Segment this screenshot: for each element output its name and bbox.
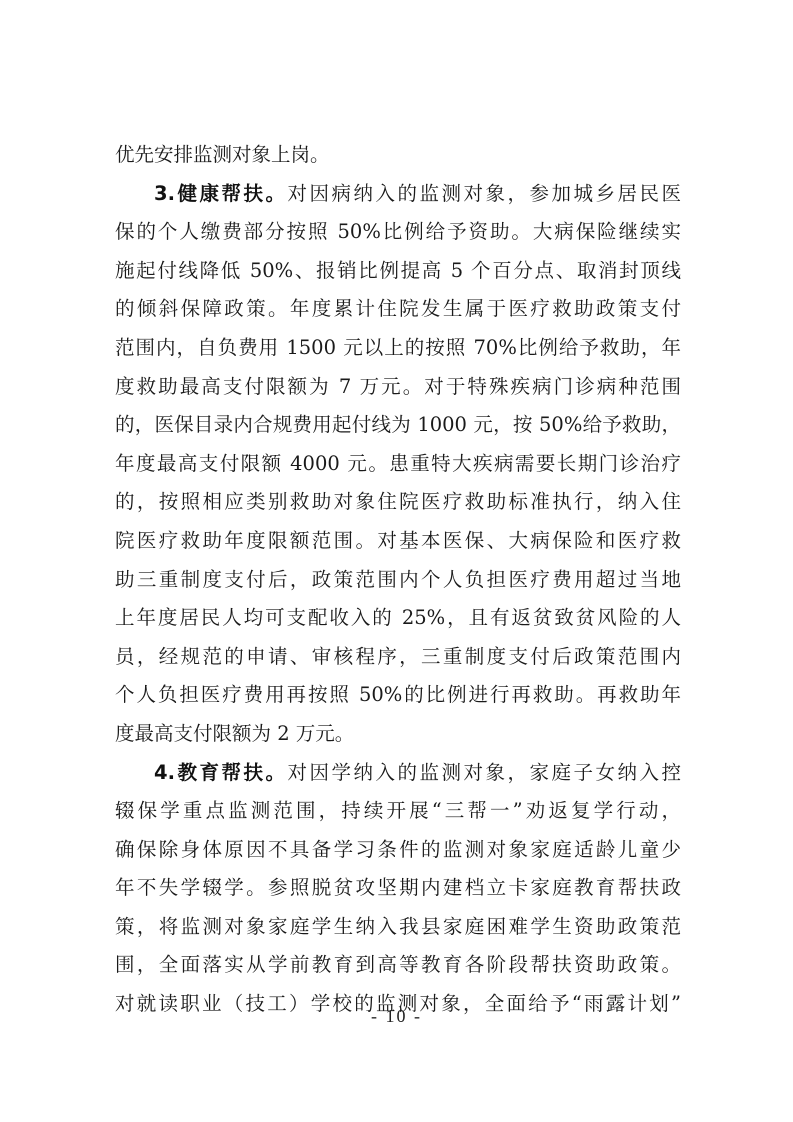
text-line: 上年度居民人均可支配收入的 25%，且有返贫致贫风险的人 <box>115 599 681 638</box>
text-line: 的，按照相应类别救助对象住院医疗救助标准执行，纳入住 <box>115 483 681 522</box>
text-line: 年度最高支付限额 4000 元。患重特大疾病需要长期门诊治疗 <box>115 445 681 484</box>
text-line: 的，医保目录内合规费用起付线为 1000 元，按 50%给予救助， <box>115 406 681 445</box>
text-line-fragment: 对因病纳入的监测对象，参加城乡居民医 <box>287 182 681 205</box>
text-line: 院医疗救助年度限额范围。对基本医保、大病保险和医疗救 <box>115 522 681 561</box>
text-line: 个人负担医疗费用再按照 50%的比例进行再救助。再救助年 <box>115 676 681 715</box>
text-line: 员，经规范的申请、审核程序，三重制度支付后政策范围内 <box>115 638 681 677</box>
text-line: 年不失学辍学。参照脱贫攻坚期内建档立卡家庭教育帮扶政 <box>115 869 681 908</box>
text-line: 度最高支付限额为 2 万元。 <box>115 715 681 754</box>
section-heading-health: 3.健康帮扶。 <box>154 182 287 205</box>
text-line: 度救助最高支付限额为 7 万元。对于特殊疾病门诊病种范围 <box>115 368 681 407</box>
text-line: 策，将监测对象家庭学生纳入我县家庭困难学生资助政策范 <box>115 908 681 947</box>
page-number: - 10 - <box>0 1006 793 1027</box>
text-line: 施起付线降低 50%、报销比例提高 5 个百分点、取消封顶线 <box>115 252 681 291</box>
text-line: 的倾斜保障政策。年度累计住院发生属于医疗救助政策支付 <box>115 290 681 329</box>
section-heading-education: 4.教育帮扶。 <box>154 761 287 784</box>
text-line: 范围内，自负费用 1500 元以上的按照 70%比例给予救助，年 <box>115 329 681 368</box>
text-line-fragment: 对因学纳入的监测对象，家庭子女纳入控 <box>287 761 681 784</box>
document-body: 优先安排监测对象上岗。 3.健康帮扶。对因病纳入的监测对象，参加城乡居民医 保的… <box>115 136 681 1024</box>
text-line: 优先安排监测对象上岗。 <box>115 136 681 175</box>
text-line: 围，全面落实从学前教育到高等教育各阶段帮扶资助政策。 <box>115 946 681 985</box>
section-health-first-line: 3.健康帮扶。对因病纳入的监测对象，参加城乡居民医 <box>115 175 681 214</box>
text-line: 确保除身体原因不具备学习条件的监测对象家庭适龄儿童少 <box>115 831 681 870</box>
section-education-first-line: 4.教育帮扶。对因学纳入的监测对象，家庭子女纳入控 <box>115 754 681 793</box>
text-line: 助三重制度支付后，政策范围内个人负担医疗费用超过当地 <box>115 561 681 600</box>
text-line: 辍保学重点监测范围，持续开展“三帮一”劝返复学行动， <box>115 792 681 831</box>
text-line: 保的个人缴费部分按照 50%比例给予资助。大病保险继续实 <box>115 213 681 252</box>
